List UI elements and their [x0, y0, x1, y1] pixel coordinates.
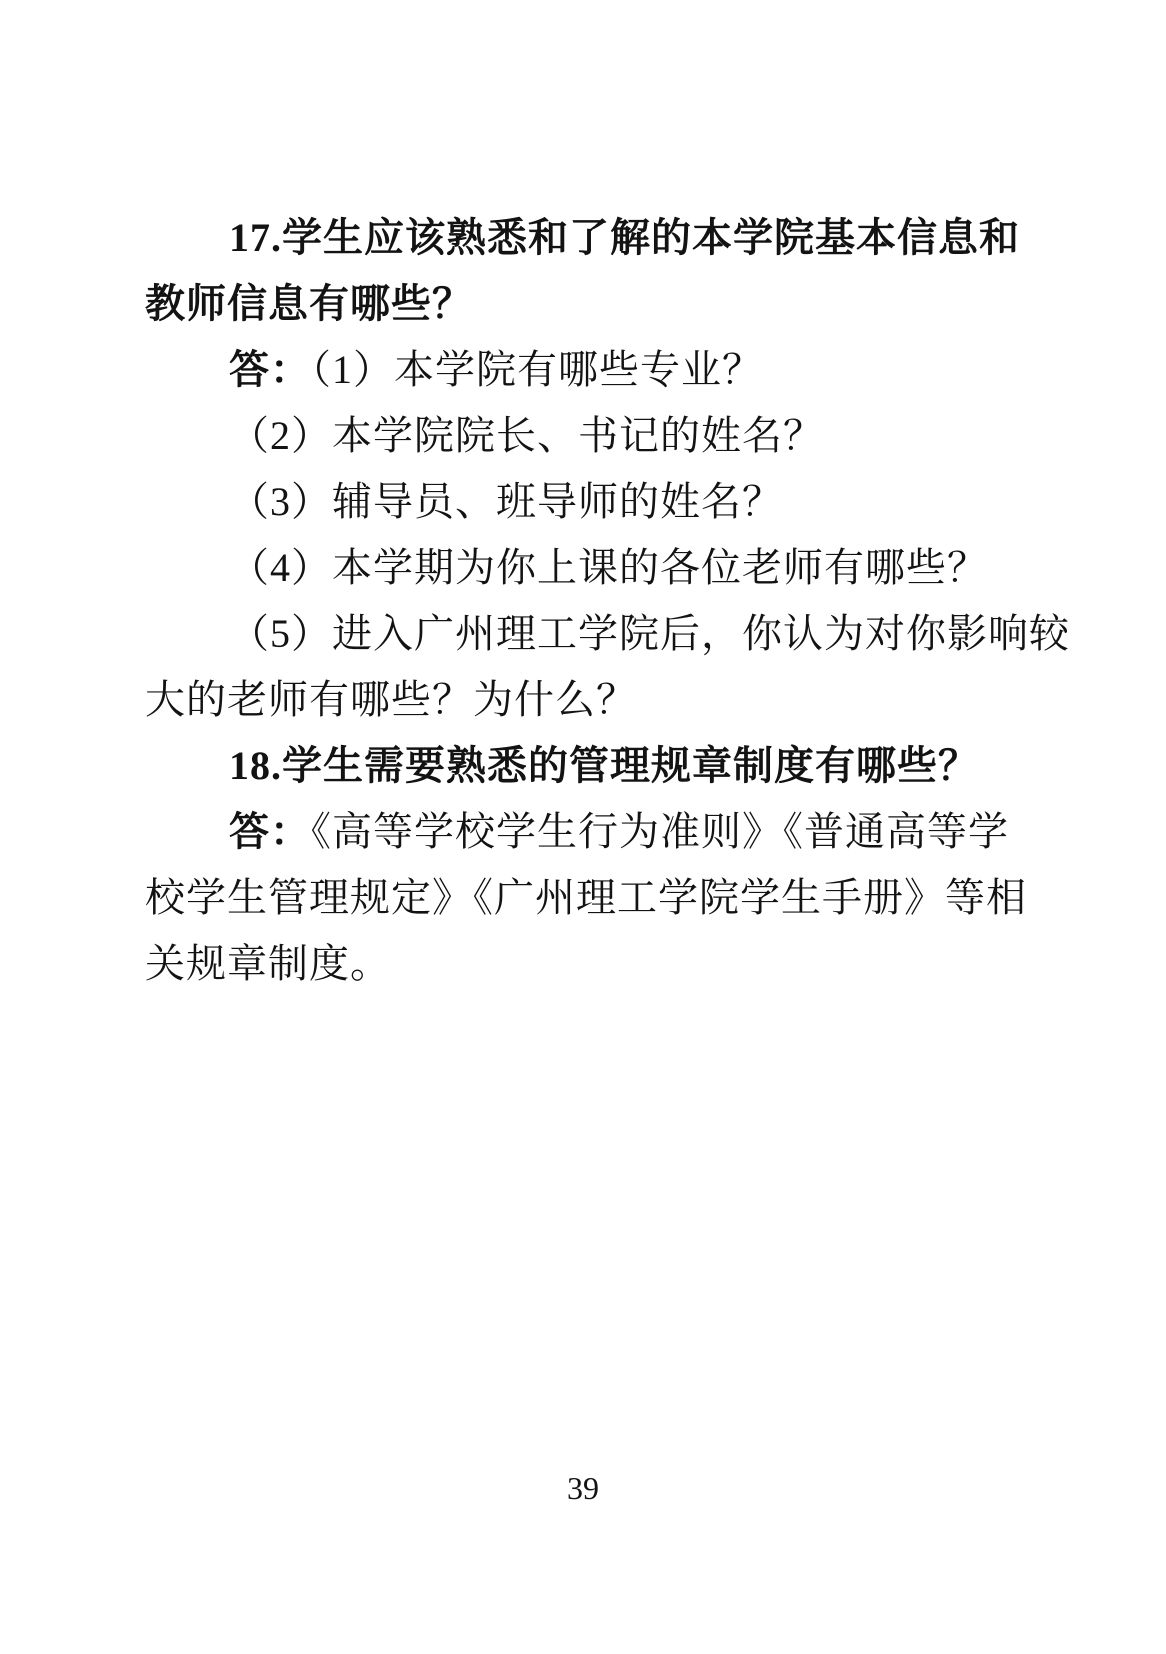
- question-17-heading-line-2: 教师信息有哪些？: [145, 271, 1020, 337]
- answer-label-18: 答：: [229, 809, 311, 854]
- answer-label-17: 答：: [229, 347, 311, 392]
- answer-18-line-1: 答：《高等学校学生行为准则》《普通高等学: [145, 799, 1020, 865]
- answer-18-text-line-1: 《高等学校学生行为准则》《普通高等学: [311, 809, 1009, 854]
- document-page: 17.学生应该熟悉和了解的本学院基本信息和 教师信息有哪些？ 答：（1）本学院有…: [0, 0, 1166, 1654]
- page-number: 39: [0, 1468, 1166, 1508]
- answer-17-item-1: （1）本学院有哪些专业？: [311, 347, 763, 392]
- answer-17-line-1: 答：（1）本学院有哪些专业？: [145, 337, 1020, 403]
- answer-17-item-2: （2）本学院院长、书记的姓名？: [145, 403, 1020, 469]
- answer-17-item-4: （4）本学期为你上课的各位老师有哪些？: [145, 535, 1020, 601]
- answer-17-item-5-line-1: （5）进入广州理工学院后，你认为对你影响较: [145, 601, 1020, 667]
- answer-17-item-5-line-2: 大的老师有哪些？为什么？: [145, 667, 1020, 733]
- question-18-heading: 18.学生需要熟悉的管理规章制度有哪些？: [145, 733, 1020, 799]
- answer-18-text-line-3: 关规章制度。: [145, 931, 1020, 997]
- question-17-heading-line-1: 17.学生应该熟悉和了解的本学院基本信息和: [145, 205, 1020, 271]
- document-body: 17.学生应该熟悉和了解的本学院基本信息和 教师信息有哪些？ 答：（1）本学院有…: [145, 205, 1020, 997]
- answer-17-item-3: （3）辅导员、班导师的姓名？: [145, 469, 1020, 535]
- answer-18-text-line-2: 校学生管理规定》《广州理工学院学生手册》等相: [145, 865, 1020, 931]
